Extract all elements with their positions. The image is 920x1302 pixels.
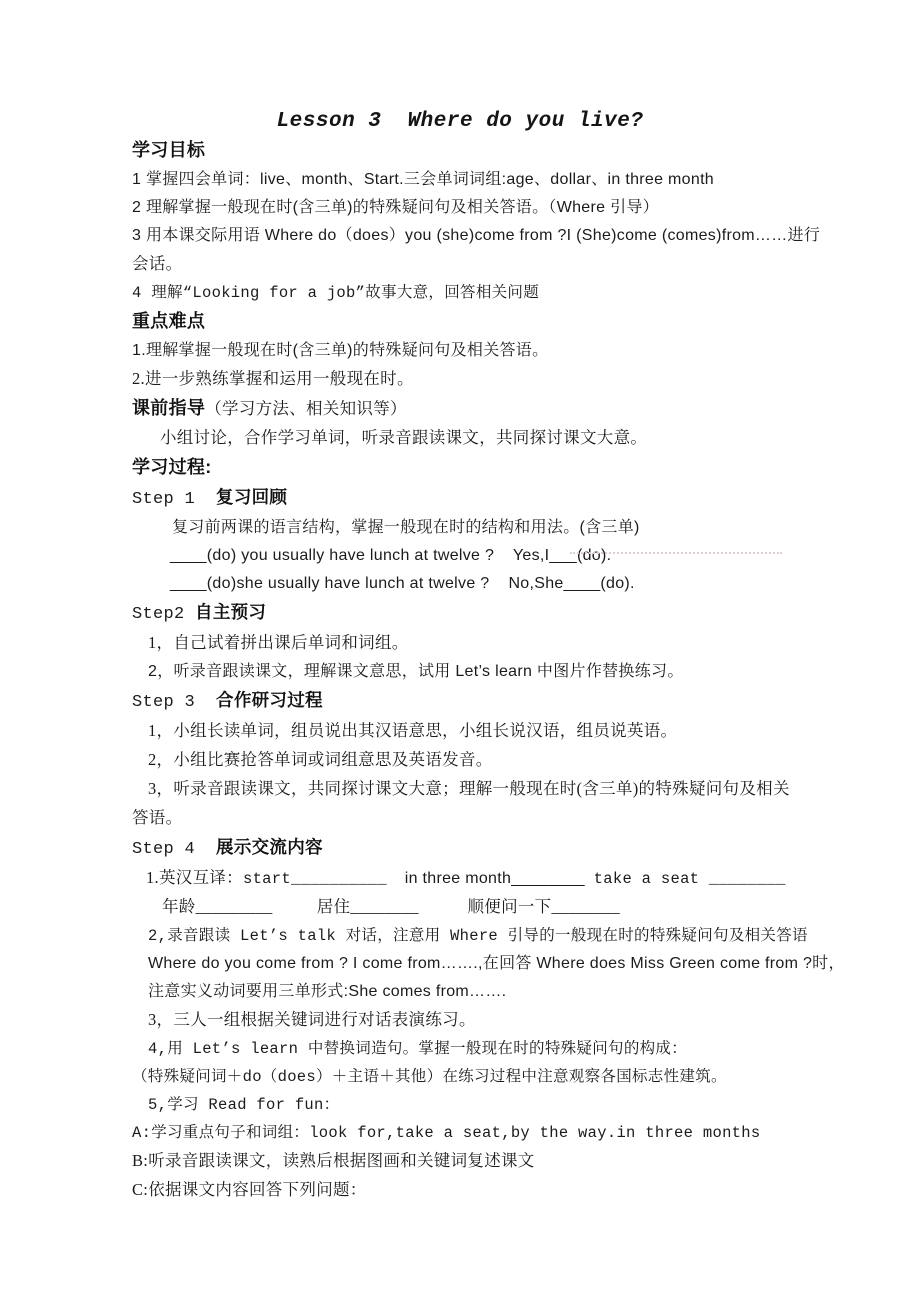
key-points-heading: 重点难点 — [132, 307, 920, 337]
pre-class-guide-heading: 课前指导（学习方法、相关知识等） — [132, 394, 920, 424]
document-page: Lesson 3 Where do you live?学习目标1 掌握四会单词：… — [0, 0, 920, 1302]
goal-3: 3 用本课交际用语 Where do（does）you (she)come fr… — [132, 222, 920, 250]
text-run: Step2 — [132, 605, 195, 624]
text-run: B:听录音跟读课文，读熟后根据图画和关键词复述课文 — [132, 1151, 535, 1170]
learning-process-heading: 学习过程: — [132, 453, 920, 483]
text-run — [387, 868, 405, 887]
text-run: 学习目标 — [132, 140, 205, 160]
text-run: 学习过程: — [132, 457, 212, 477]
text-run: 2 理解掌握一般现在时(含三单)的特殊疑问句及相关答语。（Where 引导） — [132, 199, 659, 216]
text-run: 复习回顾 — [216, 487, 287, 507]
step-4-item-5: 5,学习 Read for fun： — [132, 1091, 920, 1119]
step-3-item-1: 1，小组长读单词，组员说出其汉语意思，小组长说汉语，组员说英语。 — [132, 717, 920, 746]
text-run: 2，小组比赛抢答单词或词组意思及英语发音。 — [148, 750, 493, 769]
text-run: 4 理解“Looking for a job”故事大意，回答相关问题 — [132, 284, 539, 302]
step-4-item-2-continuation-1: Where do you come from ? I come from…….,… — [132, 950, 920, 978]
text-run: 3，听录音跟读课文，共同探讨课文大意；理解一般现在时(含三单)的特殊疑问句及相关 — [148, 779, 790, 798]
text-run: take a seat ________ — [594, 870, 786, 888]
step-1-exercise-1: ____(do) you usually have lunch at twelv… — [132, 542, 920, 570]
step-3-item-3: 3，听录音跟读课文，共同探讨课文大意；理解一般现在时(含三单)的特殊疑问句及相关 — [132, 775, 920, 804]
text-run: ____(do) you usually have lunch at twelv… — [170, 547, 611, 564]
step-4-heading: Step 4 展示交流内容 — [132, 833, 920, 864]
text-run: （学习方法、相关知识等） — [205, 399, 407, 418]
text-run: 课前指导 — [132, 398, 205, 418]
text-run: 2,录音跟读 Let’s talk 对话，注意用 Where 引导的一般现在时的… — [148, 927, 808, 945]
text-run: 自主预习 — [195, 602, 266, 622]
step-3-item-2: 2，小组比赛抢答单词或词组意思及英语发音。 — [132, 746, 920, 775]
step-1-intro: 复习前两课的语言结构，掌握一般现在时的结构和用法。(含三单) — [132, 514, 920, 542]
text-run: （特殊疑问词＋do（does）＋主语＋其他）在练习过程中注意观察各国标志性建筑。 — [132, 1068, 727, 1086]
step-2-heading: Step2 自主预习 — [132, 598, 920, 629]
read-for-fun-b: B:听录音跟读课文，读熟后根据图画和关键词复述课文 — [132, 1147, 920, 1176]
step-4-item-2-continuation-2: 注意实义动词要用三单形式:She comes from……. — [132, 978, 920, 1006]
text-run: 小组讨论，合作学习单词，听录音跟读课文，共同探讨课文大意。 — [160, 428, 647, 447]
text-run: ____(do)she usually have lunch at twelve… — [170, 575, 635, 592]
text-run: 1，自己试着拼出课后单词和词组。 — [148, 633, 409, 652]
text-run: 1，小组长读单词，组员说出其汉语意思，小组长说汉语，组员说英语。 — [148, 721, 677, 740]
text-run: 1.理解掌握一般现在时(含三单)的特殊疑问句及相关答语。 — [132, 342, 548, 359]
step-1-heading: Step 1 复习回顾 — [132, 483, 920, 514]
step-4-item-4: 4,用 Let’s learn 中替换词造句。掌握一般现在时的特殊疑问句的构成： — [132, 1035, 920, 1063]
text-run: 答语。 — [132, 808, 182, 827]
goal-1: 1 掌握四会单词：live、month、Start.三会单词词组:age、dol… — [132, 166, 920, 194]
step-4-item-2: 2,录音跟读 Let’s talk 对话，注意用 Where 引导的一般现在时的… — [132, 922, 920, 950]
step-3-item-3-continuation: 答语。 — [132, 804, 920, 833]
text-run: 会话。 — [132, 254, 182, 273]
text-run: Step 4 — [132, 840, 216, 859]
step-2-item-2: 2，听录音跟读课文，理解课文意思，试用 Let’s learn 中图片作替换练习… — [132, 658, 920, 686]
key-point-1: 1.理解掌握一般现在时(含三单)的特殊疑问句及相关答语。 — [132, 337, 920, 365]
text-run: 3，三人一组根据关键词进行对话表演练习。 — [148, 1010, 476, 1029]
text-run: 3 用本课交际用语 Where do（does）you (she)come fr… — [132, 227, 820, 244]
step-4-item-3: 3，三人一组根据关键词进行对话表演练习。 — [132, 1006, 920, 1035]
dotted-line — [570, 552, 782, 554]
text-run: 2，听录音跟读课文，理解课文意思，试用 Let’s learn 中图片作替换练习… — [148, 663, 684, 680]
text-run: 5,学习 Read for fun： — [148, 1096, 339, 1114]
text-run: 4,用 Let’s learn 中替换词造句。掌握一般现在时的特殊疑问句的构成： — [148, 1040, 687, 1058]
learning-goals-heading: 学习目标 — [132, 136, 920, 166]
step-1-exercise-2: ____(do)she usually have lunch at twelve… — [132, 570, 920, 598]
text-run: C:依据课文内容回答下列问题： — [132, 1180, 367, 1199]
text-run: in three month________ — [405, 870, 585, 887]
text-run: Where do you come from ? I come from…….,… — [148, 955, 845, 972]
text-run: Lesson 3 Where do you live? — [277, 110, 644, 133]
step-4-item-1-continuation: 年龄_________ 居住________ 顺便问一下________ — [132, 893, 920, 922]
step-3-heading: Step 3 合作研习过程 — [132, 686, 920, 717]
text-run: 1.英汉互译： — [146, 868, 243, 887]
step-4-item-4-continuation: （特殊疑问词＋do（does）＋主语＋其他）在练习过程中注意观察各国标志性建筑。 — [132, 1063, 920, 1091]
read-for-fun-c: C:依据课文内容回答下列问题： — [132, 1176, 920, 1205]
text-run: 展示交流内容 — [216, 837, 323, 857]
goal-2: 2 理解掌握一般现在时(含三单)的特殊疑问句及相关答语。（Where 引导） — [132, 194, 920, 222]
text-run: A:学习重点句子和词组：look for,take a seat,by the … — [132, 1124, 760, 1142]
text-run: 重点难点 — [132, 311, 205, 331]
text-run: 1 掌握四会单词：live、month、Start.三会单词词组:age、dol… — [132, 171, 714, 188]
text-run: 注意实义动词要用三单形式:She comes from……. — [148, 983, 506, 1000]
lesson-title: Lesson 3 Where do you live? — [0, 108, 920, 136]
pre-class-guide-text: 小组讨论，合作学习单词，听录音跟读课文，共同探讨课文大意。 — [132, 424, 920, 453]
text-run — [585, 868, 594, 887]
step-2-item-1: 1，自己试着拼出课后单词和词组。 — [132, 629, 920, 658]
step-4-item-1: 1.英汉互译：start__________ in three month___… — [132, 864, 920, 893]
read-for-fun-a: A:学习重点句子和词组：look for,take a seat,by the … — [132, 1119, 920, 1147]
text-run: 合作研习过程 — [216, 690, 323, 710]
goal-4: 4 理解“Looking for a job”故事大意，回答相关问题 — [132, 279, 920, 307]
text-run: Step 1 — [132, 490, 216, 509]
goal-3-continuation: 会话。 — [132, 250, 920, 279]
key-point-2: 2.进一步熟练掌握和运用一般现在时。 — [132, 365, 920, 394]
text-run: start__________ — [243, 870, 387, 888]
text-run: 复习前两课的语言结构，掌握一般现在时的结构和用法。(含三单) — [172, 519, 640, 536]
text-run: Step 3 — [132, 693, 216, 712]
text-run: 2.进一步熟练掌握和运用一般现在时。 — [132, 369, 414, 388]
text-run: 年龄_________ 居住________ 顺便问一下________ — [162, 897, 620, 916]
